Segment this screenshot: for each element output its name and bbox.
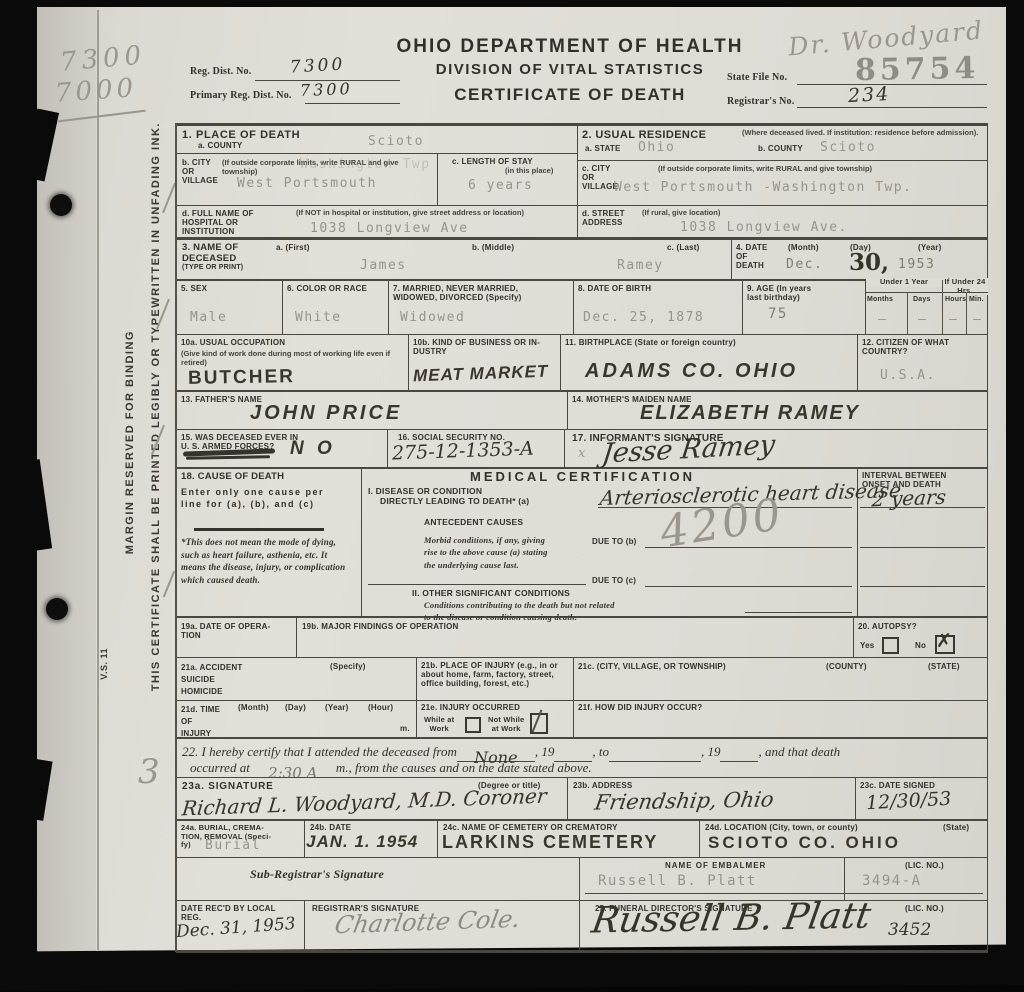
funeral-director-lic-label: (LIC. NO.) bbox=[905, 904, 944, 913]
punch-hole bbox=[50, 194, 72, 216]
form-top-rule bbox=[176, 123, 988, 125]
reg-dist-value: 7300 bbox=[290, 55, 346, 78]
sex-value: Male bbox=[190, 310, 227, 325]
how-injury-label: 21f. HOW DID INJURY OCCUR? bbox=[578, 703, 702, 712]
rule bbox=[745, 612, 852, 613]
funeral-director-lic-value: 3452 bbox=[888, 920, 931, 940]
father-value: John Price bbox=[250, 402, 402, 425]
embalmer-lic-label: (LIC. NO.) bbox=[905, 861, 944, 870]
certify-text: , to bbox=[592, 744, 609, 759]
disease-label-2: DIRECTLY LEADING TO DEATH* (a) bbox=[380, 497, 529, 507]
morbid-text: Morbid conditions, if any, giving rise t… bbox=[424, 534, 548, 571]
findings-label: 19b. MAJOR FINDINGS OF OPERATION bbox=[302, 622, 459, 631]
film-top bbox=[0, 0, 1024, 7]
reg-dist-label: Reg. Dist. No. bbox=[190, 66, 251, 78]
state-file-number: 85754 bbox=[855, 51, 980, 88]
hours-label: Hours bbox=[945, 296, 966, 304]
margin-binding-text: MARGIN RESERVED FOR BINDING bbox=[124, 330, 136, 554]
certify-text: , 19 bbox=[535, 744, 555, 759]
rule bbox=[585, 893, 983, 894]
cemetery-location-label: 24d. LOCATION (City, town, or county) bbox=[705, 823, 858, 832]
form-number: V.S. 11 bbox=[99, 648, 109, 680]
injury-county-label: (COUNTY) bbox=[826, 662, 867, 671]
certificate-title: CERTIFICATE OF DEATH bbox=[380, 85, 760, 105]
birthplace-label: 11. BIRTHPLACE (State or foreign country… bbox=[565, 338, 736, 347]
burial-value: Burial bbox=[205, 838, 261, 853]
marital-value: Widowed bbox=[400, 310, 465, 325]
primary-reg-label: Primary Reg. Dist. No. bbox=[190, 90, 292, 102]
usual-residence-hint: (Where deceased lived. If institution: r… bbox=[742, 128, 987, 137]
citizen-label: 12. CITIZEN OF WHAT COUNTRY? bbox=[862, 338, 949, 356]
state-label: a. STATE bbox=[585, 144, 621, 153]
address-label: 23b. ADDRESS bbox=[573, 781, 632, 790]
instruction-divider bbox=[194, 528, 324, 531]
city-ghost-value: Washington Twp bbox=[300, 157, 431, 172]
injury-month-label: (Month) bbox=[238, 703, 269, 712]
embalmer-name-value: Russell B. Platt bbox=[598, 873, 757, 889]
due-to-b-label: DUE TO (b) bbox=[592, 537, 637, 546]
mother-value: Elizabeth Ramey bbox=[640, 402, 860, 425]
antecedent-label: ANTECEDENT CAUSES bbox=[424, 518, 523, 528]
injury-year-label: (Year) bbox=[325, 703, 348, 712]
certify-text: occurred at bbox=[190, 760, 250, 775]
age-value: 75 bbox=[768, 306, 788, 322]
sub-registrar-label: Sub-Registrar's Signature bbox=[250, 868, 384, 882]
occupation-value: Butcher bbox=[188, 366, 295, 390]
min-value: – bbox=[973, 312, 982, 327]
rule bbox=[860, 507, 985, 508]
certify-line-2: occurred at2:30 Am., from the causes and… bbox=[190, 758, 592, 778]
residence-city-value: West Portsmouth -Washington Twp. bbox=[614, 180, 912, 195]
stay-label: c. LENGTH OF STAY bbox=[452, 157, 533, 166]
form-left-rule bbox=[175, 123, 177, 952]
form-bottom-rule bbox=[176, 951, 988, 953]
film-right bbox=[1006, 0, 1024, 985]
stay-value: 6 years bbox=[468, 178, 533, 193]
rule bbox=[797, 107, 987, 108]
first-label: a. (First) bbox=[276, 243, 310, 252]
date-signed-value: 12/30/53 bbox=[865, 788, 951, 814]
death-month-value: Dec. bbox=[786, 257, 823, 272]
months-value: – bbox=[878, 312, 887, 327]
name-title: 3. NAME OF DECEASED bbox=[182, 243, 238, 265]
first-value: James bbox=[360, 258, 407, 273]
cause-instruction-2: *This does not mean the mode of dying, s… bbox=[181, 536, 346, 586]
injury-day-label: (Day) bbox=[285, 703, 306, 712]
death-day-value: 30, bbox=[849, 249, 889, 276]
cemetery-label: 24c. NAME OF CEMETERY OR CREMATORY bbox=[443, 823, 618, 832]
days-value: – bbox=[918, 312, 927, 327]
residence-city-hint: (If outside corporate limits, write RURA… bbox=[658, 164, 978, 173]
autopsy-no-label: No bbox=[915, 641, 926, 650]
hospital-value: 1038 Longview Ave bbox=[310, 221, 469, 236]
injury-m-label: m. bbox=[400, 724, 410, 733]
street-value: 1038 Longview Ave. bbox=[680, 220, 848, 235]
stub-crease bbox=[97, 10, 99, 950]
city-value: West Portsmouth bbox=[237, 176, 377, 191]
signature-label: 23a. SIGNATURE bbox=[182, 781, 274, 793]
embalmer-lic-value: 3494-A bbox=[862, 873, 922, 889]
citizen-value: U.S.A. bbox=[880, 368, 936, 383]
county-label: a. COUNTY bbox=[198, 141, 242, 150]
min-label: Min. bbox=[969, 296, 984, 304]
cause-of-death-title: 18. CAUSE OF DEATH bbox=[181, 472, 284, 483]
rule bbox=[907, 292, 908, 335]
days-label: Days bbox=[913, 296, 931, 304]
rule bbox=[860, 547, 985, 548]
cemetery-value: Larkins Cemetery bbox=[442, 832, 658, 853]
armed-forces-value: N O bbox=[290, 438, 336, 460]
birthplace-value: Adams Co. Ohio bbox=[585, 360, 798, 383]
attended-to-blank[interactable] bbox=[609, 746, 701, 762]
burial-date-label: 24b. DATE bbox=[310, 823, 351, 832]
certify-text: 22. I hereby certify that I attended the… bbox=[182, 744, 457, 759]
informant-x-mark: x bbox=[578, 446, 585, 461]
time-of-injury-label: 21d. TIME OF INJURY bbox=[181, 704, 220, 740]
sex-label: 5. SEX bbox=[181, 284, 207, 293]
months-label: Months bbox=[867, 296, 893, 304]
rule bbox=[305, 103, 400, 104]
operation-date-label: 19a. DATE OF OPERA- TION bbox=[181, 622, 270, 640]
hours-value: – bbox=[949, 312, 958, 327]
occupation-hint: (Give kind of work done during most of w… bbox=[181, 349, 401, 367]
place-of-death-title: 1. PLACE OF DEATH bbox=[182, 129, 300, 142]
residence-county-value: Scioto bbox=[820, 140, 876, 155]
rule bbox=[865, 292, 988, 293]
dept-title: OHIO DEPARTMENT OF HEALTH bbox=[380, 36, 760, 58]
street-hint: (If rural, give location) bbox=[642, 208, 720, 217]
rule bbox=[942, 280, 943, 335]
dob-value: Dec. 25, 1878 bbox=[583, 310, 704, 325]
primary-reg-value: 7300 bbox=[300, 79, 353, 100]
injury-city-label: 21c. (CITY, VILLAGE, OR TOWNSHIP) bbox=[578, 662, 726, 671]
hospital-label: d. FULL NAME OF HOSPITAL OR INSTITUTION bbox=[182, 209, 254, 237]
rule bbox=[368, 584, 586, 585]
state-file-label: State File No. bbox=[727, 72, 787, 84]
pencil-note-3: 3 bbox=[138, 752, 160, 792]
race-label: 6. COLOR OR RACE bbox=[287, 284, 367, 293]
stay-hint: (in this place) bbox=[505, 166, 553, 175]
embalmer-name-label: NAME OF EMBALMER bbox=[665, 861, 766, 870]
date-of-death-title: 4. DATE OF DEATH bbox=[736, 243, 767, 271]
hospital-hint: (If NOT in hospital or institution, give… bbox=[296, 208, 571, 217]
not-while-at-work-label: Not While at Work bbox=[488, 716, 524, 733]
funeral-director-signature: Russell B. Platt bbox=[589, 896, 874, 942]
death-time-blank[interactable]: 2:30 A bbox=[250, 762, 336, 778]
certify-text: , and that death bbox=[758, 744, 840, 759]
cemetery-state-label: (State) bbox=[943, 823, 969, 832]
rule bbox=[860, 586, 985, 587]
pencil-note-7000: 7000 bbox=[54, 73, 138, 109]
while-at-work-label: While at Work bbox=[424, 716, 454, 733]
city-label: b. CITY OR VILLAGE bbox=[182, 158, 218, 186]
rule bbox=[797, 84, 987, 85]
film-left bbox=[0, 0, 37, 985]
address-value: Friendship, Ohio bbox=[593, 787, 775, 814]
year-label: (Year) bbox=[918, 243, 941, 252]
autopsy-no-mark: ✗ bbox=[936, 630, 952, 652]
middle-label: b. (Middle) bbox=[472, 243, 514, 252]
autopsy-yes-checkbox[interactable] bbox=[882, 637, 899, 654]
autopsy-yes-label: Yes bbox=[860, 641, 874, 650]
cemetery-location-value: Scioto Co. Ohio bbox=[708, 833, 901, 853]
year-blank-2[interactable] bbox=[720, 746, 758, 762]
race-value: White bbox=[295, 310, 342, 325]
division-title: DIVISION OF VITAL STATISTICS bbox=[380, 61, 760, 78]
marital-label: 7. MARRIED, NEVER MARRIED, WIDOWED, DIVO… bbox=[393, 284, 522, 302]
certify-text: m., from the causes and on the date stat… bbox=[336, 760, 592, 775]
due-to-c-label: DUE TO (c) bbox=[592, 576, 636, 585]
rule bbox=[645, 586, 852, 587]
autopsy-label: 20. AUTOPSY? bbox=[858, 622, 917, 631]
registrar-no-label: Registrar's No. bbox=[727, 96, 794, 108]
age-label: 9. AGE (In years last birthday) bbox=[747, 284, 811, 302]
month-label: (Month) bbox=[788, 243, 819, 252]
injury-occurred-label: 21e. INJURY OCCURRED bbox=[421, 703, 520, 712]
residence-county-label: b. COUNTY bbox=[758, 144, 803, 153]
residence-city-label: c. CITY OR VILLAGE bbox=[582, 164, 618, 192]
certify-text: , 19 bbox=[701, 744, 721, 759]
scanned-death-certificate: MARGIN RESERVED FOR BINDING THIS CERTIFI… bbox=[0, 0, 1024, 985]
name-sub: (TYPE OR PRINT) bbox=[182, 264, 243, 272]
place-of-injury-label: 21b. PLACE OF INJURY (e.g., in or about … bbox=[421, 661, 569, 689]
last-label: c. (Last) bbox=[667, 243, 699, 252]
registrar-no-value: 234 bbox=[847, 83, 890, 107]
medical-certification-title: MEDICAL CERTIFICATION bbox=[470, 470, 695, 485]
under-1-year-label: Under 1 Year bbox=[866, 278, 942, 287]
accident-specify-label: (Specify) bbox=[330, 662, 366, 671]
last-value: Ramey bbox=[617, 258, 664, 273]
other-conditions-label: II. OTHER SIGNIFICANT CONDITIONS bbox=[412, 589, 570, 599]
margin-unfading-text: THIS CERTIFICATE SHALL BE PRINTED LEGIBL… bbox=[150, 122, 162, 691]
accident-label: 21a. ACCIDENT SUICIDE HOMICIDE bbox=[181, 662, 242, 698]
while-at-work-checkbox[interactable] bbox=[465, 717, 481, 733]
dob-label: 8. DATE OF BIRTH bbox=[578, 284, 651, 293]
county-value: Scioto bbox=[368, 134, 424, 149]
injury-state-label: (STATE) bbox=[928, 662, 960, 671]
injury-hour-label: (Hour) bbox=[368, 703, 393, 712]
burial-date-value: Jan. 1. 1954 bbox=[306, 832, 418, 852]
business-label: 10b. KIND OF BUSINESS OR IN- DUSTRY bbox=[413, 338, 540, 356]
punch-hole bbox=[46, 598, 68, 620]
state-value: Ohio bbox=[638, 140, 675, 155]
death-year-value: 1953 bbox=[898, 257, 935, 272]
cause-instruction-1: Enter only one cause per line for (a), (… bbox=[181, 486, 341, 510]
street-label: d. STREET ADDRESS bbox=[582, 209, 625, 227]
occupation-label: 10a. USUAL OCCUPATION bbox=[181, 338, 285, 347]
